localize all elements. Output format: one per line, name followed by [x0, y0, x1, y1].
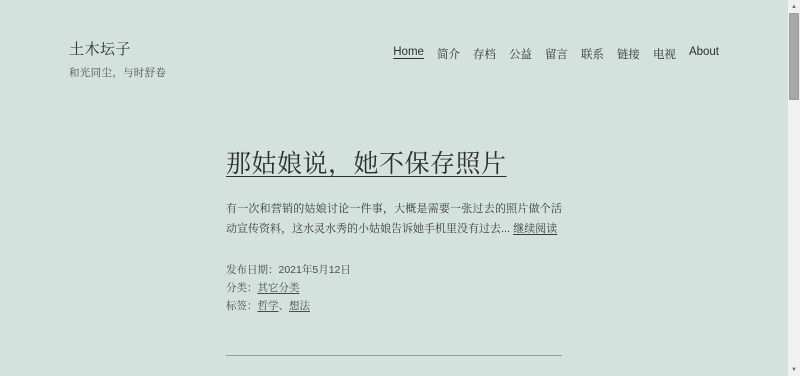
- nav-item-contact[interactable]: 联系: [581, 46, 604, 62]
- meta-date-label: 发布日期：: [226, 264, 279, 276]
- tag-separator: 、: [279, 300, 290, 312]
- site-header: 土木坛子 和光同尘，与时舒卷 Home 简介 存档 公益 留言 联系 链接 电视…: [0, 0, 788, 80]
- meta-tags-label: 标签：: [226, 300, 258, 312]
- post-meta: 发布日期：2021年5月12日 分类：其它分类 标签：哲学、想法: [226, 261, 562, 315]
- nav-item-charity[interactable]: 公益: [509, 46, 532, 62]
- site-title[interactable]: 土木坛子: [69, 38, 166, 59]
- read-more-link[interactable]: 继续阅读: [513, 223, 557, 235]
- nav-item-guestbook[interactable]: 留言: [545, 46, 568, 62]
- site-branding: 土木坛子 和光同尘，与时舒卷: [69, 38, 166, 80]
- meta-tags-line: 标签：哲学、想法: [226, 297, 562, 315]
- post-title: 那姑娘说，她不保存照片: [226, 144, 562, 180]
- scrollbar-up-arrow-icon[interactable]: ▲: [788, 0, 800, 13]
- post-title-link[interactable]: 那姑娘说，她不保存照片: [226, 150, 507, 178]
- tag-link-thoughts[interactable]: 想法: [289, 300, 310, 312]
- page: 土木坛子 和光同尘，与时舒卷 Home 简介 存档 公益 留言 联系 链接 电视…: [0, 0, 788, 356]
- post: 那姑娘说，她不保存照片 有一次和营销的姑娘讨论一件事，大概是需要一张过去的照片做…: [226, 144, 562, 356]
- nav-item-home[interactable]: Home: [393, 46, 424, 62]
- post-divider: [226, 355, 562, 356]
- nav-item-archive[interactable]: 存档: [473, 46, 496, 62]
- tag-link-philosophy[interactable]: 哲学: [258, 300, 279, 312]
- meta-category-label: 分类：: [226, 282, 258, 294]
- nav-item-intro[interactable]: 简介: [437, 46, 460, 62]
- main-nav: Home 简介 存档 公益 留言 联系 链接 电视 About: [393, 46, 719, 62]
- meta-date-line: 发布日期：2021年5月12日: [226, 261, 562, 279]
- meta-category-line: 分类：其它分类: [226, 279, 562, 297]
- main-content: 那姑娘说，她不保存照片 有一次和营销的姑娘讨论一件事，大概是需要一张过去的照片做…: [226, 144, 562, 356]
- post-excerpt-text: 有一次和营销的姑娘讨论一件事，大概是需要一张过去的照片做个活动宣传资料，这水灵水…: [226, 203, 562, 235]
- nav-item-about[interactable]: About: [689, 46, 719, 62]
- nav-item-links[interactable]: 链接: [617, 46, 640, 62]
- scrollbar-thumb[interactable]: [789, 13, 799, 100]
- site-tagline: 和光同尘，与时舒卷: [69, 65, 166, 80]
- category-link[interactable]: 其它分类: [258, 282, 300, 294]
- nav-item-tv[interactable]: 电视: [653, 46, 676, 62]
- post-excerpt: 有一次和营销的姑娘讨论一件事，大概是需要一张过去的照片做个活动宣传资料，这水灵水…: [226, 199, 562, 239]
- vertical-scrollbar[interactable]: ▲ ▼: [788, 0, 800, 376]
- meta-date-value: 2021年5月12日: [279, 264, 351, 276]
- scrollbar-down-arrow-icon[interactable]: ▼: [788, 363, 800, 376]
- header-inner: 土木坛子 和光同尘，与时舒卷 Home 简介 存档 公益 留言 联系 链接 电视…: [69, 0, 719, 80]
